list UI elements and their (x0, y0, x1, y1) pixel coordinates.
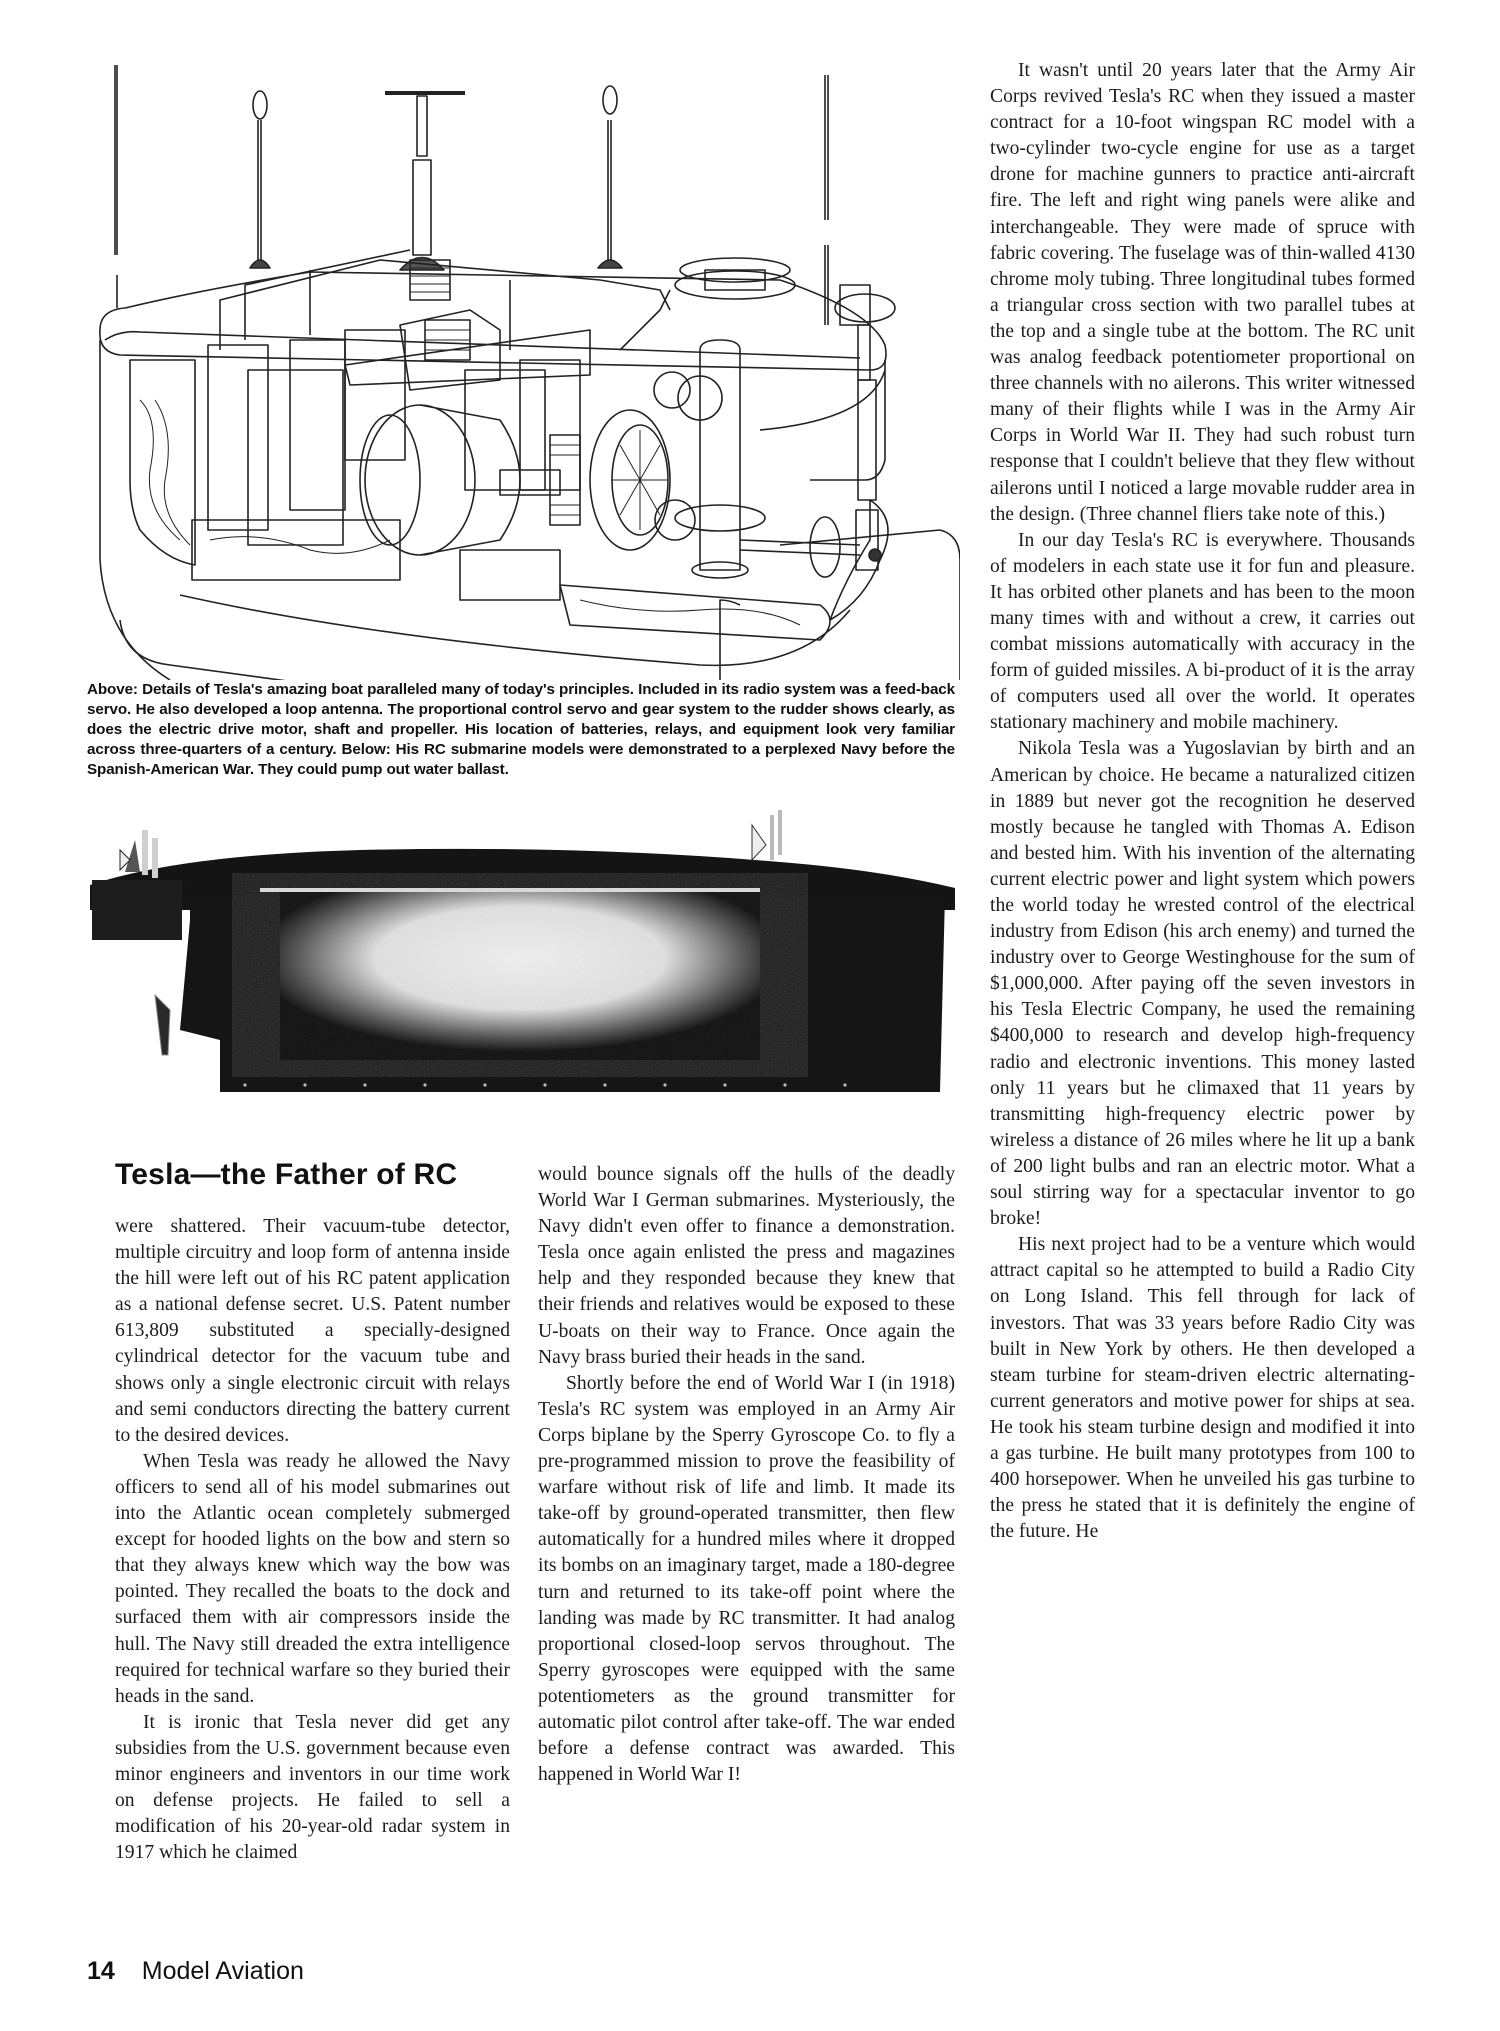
paragraph: When Tesla was ready he allowed the Navy… (115, 1449, 510, 1710)
boat-cutaway-illustration (80, 40, 960, 680)
publication-name: Model Aviation (142, 1957, 304, 1985)
article-headline: Tesla—the Father of RC (115, 1158, 457, 1192)
submarine-photo-illustration (80, 810, 960, 1110)
paragraph: His next project had to be a venture whi… (990, 1232, 1415, 1545)
figure-boat-cutaway (80, 40, 960, 680)
article-column-right: It wasn't until 20 years later that the … (990, 58, 1415, 1545)
page-number: 14 (87, 1957, 115, 1985)
article-column-left: were shattered. Their vacuum-tube detect… (115, 1214, 510, 1866)
figure-caption: Above: Details of Tesla's amazing boat p… (87, 680, 955, 780)
figure-submarine-photo (80, 810, 960, 1110)
page-footer: 14 Model Aviation (87, 1957, 304, 1986)
paragraph: were shattered. Their vacuum-tube detect… (115, 1214, 510, 1449)
paragraph: In our day Tesla's RC is everywhere. Tho… (990, 528, 1415, 737)
paragraph: It wasn't until 20 years later that the … (990, 58, 1415, 528)
article-column-middle: would bounce signals off the hulls of th… (538, 1162, 955, 1788)
paragraph: Shortly before the end of World War I (i… (538, 1371, 955, 1789)
paragraph: would bounce signals off the hulls of th… (538, 1162, 955, 1371)
paragraph: It is ironic that Tesla never did get an… (115, 1710, 510, 1867)
paragraph: Nikola Tesla was a Yugoslavian by birth … (990, 736, 1415, 1232)
